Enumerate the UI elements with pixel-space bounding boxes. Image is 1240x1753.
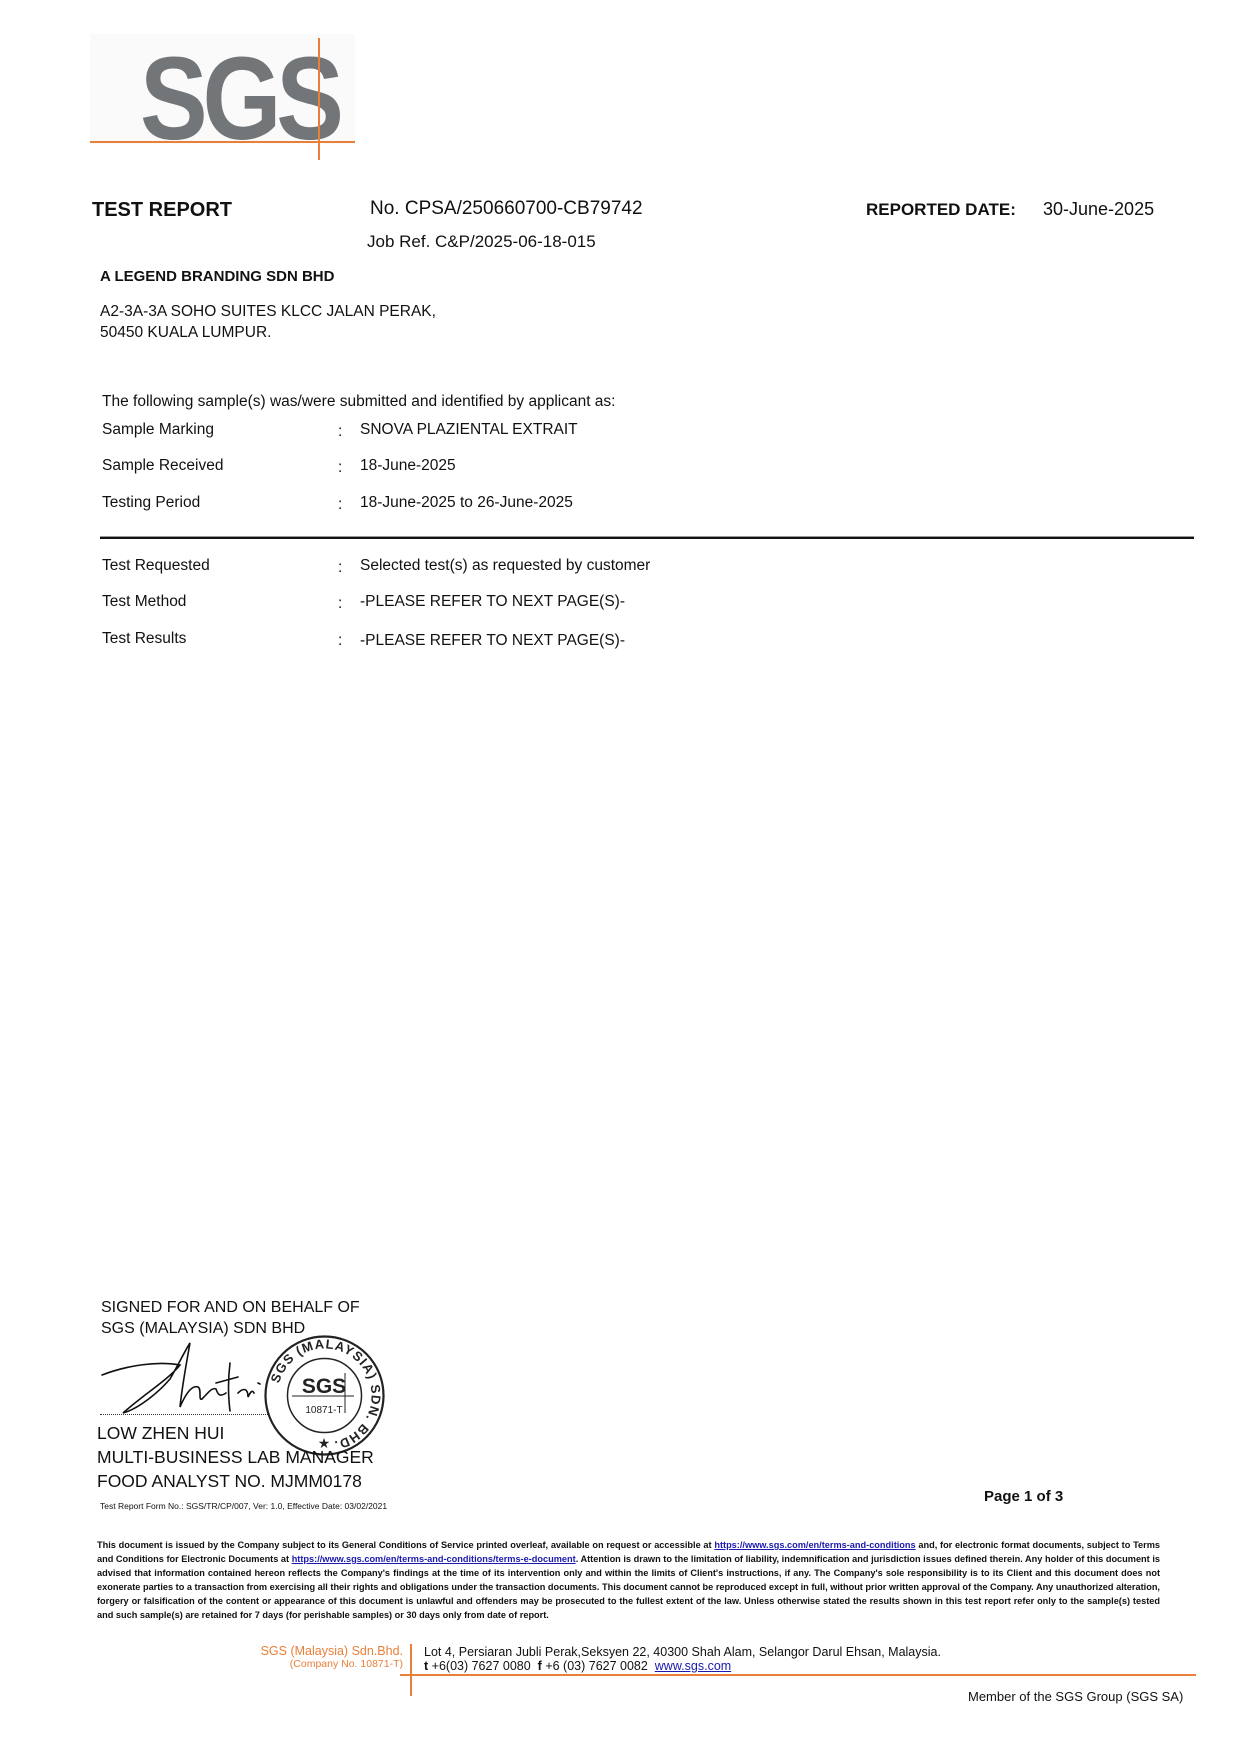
reported-date-label: REPORTED DATE: bbox=[866, 200, 1016, 220]
signed-line: SIGNED FOR AND ON BEHALF OF bbox=[101, 1297, 360, 1318]
disclaimer-text: This document is issued by the Company s… bbox=[97, 1540, 714, 1550]
fax-label: f bbox=[538, 1659, 542, 1673]
logo-horizontal-line bbox=[90, 141, 355, 143]
job-reference: Job Ref. C&P/2025-06-18-015 bbox=[367, 232, 596, 252]
field-value: SNOVA PLAZIENTAL EXTRAIT bbox=[360, 421, 578, 439]
field-value: -PLEASE REFER TO NEXT PAGE(S)- bbox=[360, 593, 625, 611]
disclaimer: This document is issued by the Company s… bbox=[97, 1538, 1160, 1622]
signature-icon bbox=[98, 1335, 273, 1420]
field-label: Test Results bbox=[102, 630, 186, 648]
footer-horizontal-line bbox=[400, 1674, 1196, 1676]
client-address-line: A2-3A-3A SOHO SUITES KLCC JALAN PERAK, bbox=[100, 301, 436, 322]
field-colon: : bbox=[338, 632, 342, 650]
report-number: No. CPSA/250660700-CB79742 bbox=[370, 198, 643, 220]
footer-address: Lot 4, Persiaran Jubli Perak,Seksyen 22,… bbox=[424, 1645, 941, 1673]
field-colon: : bbox=[338, 423, 342, 441]
sgs-logo: SGS bbox=[90, 34, 355, 149]
field-label: Test Requested bbox=[102, 557, 210, 575]
field-colon: : bbox=[338, 496, 342, 514]
field-colon: : bbox=[338, 595, 342, 613]
signatory-block: LOW ZHEN HUI MULTI-BUSINESS LAB MANAGER … bbox=[97, 1421, 374, 1493]
field-label: Sample Received bbox=[102, 457, 223, 475]
fax-number: +6 (03) 7627 0082 bbox=[545, 1659, 648, 1673]
field-colon: : bbox=[338, 459, 342, 477]
footer-vertical-line bbox=[410, 1644, 412, 1696]
field-value: Selected test(s) as requested by custome… bbox=[360, 557, 650, 575]
footer-company-number: (Company No. 10871-T) bbox=[200, 1658, 403, 1671]
logo-vertical-line bbox=[318, 38, 320, 160]
field-value: -PLEASE REFER TO NEXT PAGE(S)- bbox=[360, 632, 625, 650]
client-name: A LEGEND BRANDING SDN BHD bbox=[100, 268, 334, 285]
field-label: Test Method bbox=[102, 593, 186, 611]
tel-label: t bbox=[424, 1659, 428, 1673]
field-label: Sample Marking bbox=[102, 421, 214, 439]
signatory-title: MULTI-BUSINESS LAB MANAGER bbox=[97, 1445, 374, 1469]
analyst-number: FOOD ANALYST NO. MJMM0178 bbox=[97, 1469, 374, 1493]
terms-link[interactable]: https://www.sgs.com/en/terms-and-conditi… bbox=[714, 1540, 915, 1550]
website-link[interactable]: www.sgs.com bbox=[655, 1659, 731, 1673]
signature-line bbox=[100, 1414, 280, 1415]
field-label: Testing Period bbox=[102, 494, 200, 512]
report-title: TEST REPORT bbox=[92, 199, 232, 222]
signatory-name: LOW ZHEN HUI bbox=[97, 1421, 374, 1445]
field-value: 18-June-2025 to 26-June-2025 bbox=[360, 494, 573, 512]
tel-number: +6(03) 7627 0080 bbox=[432, 1659, 531, 1673]
client-address-line: 50450 KUALA LUMPUR. bbox=[100, 322, 436, 343]
form-number: Test Report Form No.: SGS/TR/CP/007, Ver… bbox=[100, 1501, 387, 1511]
section-divider bbox=[100, 536, 1194, 539]
footer-member: Member of the SGS Group (SGS SA) bbox=[968, 1689, 1183, 1704]
field-colon: : bbox=[338, 559, 342, 577]
footer-company: SGS (Malaysia) Sdn.Bhd. (Company No. 108… bbox=[200, 1645, 403, 1671]
svg-text:SGS: SGS bbox=[302, 1375, 346, 1398]
reported-date-value: 30-June-2025 bbox=[1043, 199, 1154, 220]
footer-company-name: SGS (Malaysia) Sdn.Bhd. bbox=[200, 1645, 403, 1658]
terms-e-document-link[interactable]: https://www.sgs.com/en/terms-and-conditi… bbox=[292, 1554, 576, 1564]
footer-address-line: Lot 4, Persiaran Jubli Perak,Seksyen 22,… bbox=[424, 1645, 941, 1659]
client-address: A2-3A-3A SOHO SUITES KLCC JALAN PERAK, 5… bbox=[100, 301, 436, 343]
svg-text:10871-T: 10871-T bbox=[305, 1405, 342, 1416]
footer-contact: t +6(03) 7627 0080 f +6 (03) 7627 0082 w… bbox=[424, 1659, 941, 1673]
sample-intro: The following sample(s) was/were submitt… bbox=[102, 393, 615, 411]
page-number: Page 1 of 3 bbox=[984, 1488, 1063, 1505]
field-value: 18-June-2025 bbox=[360, 457, 456, 475]
